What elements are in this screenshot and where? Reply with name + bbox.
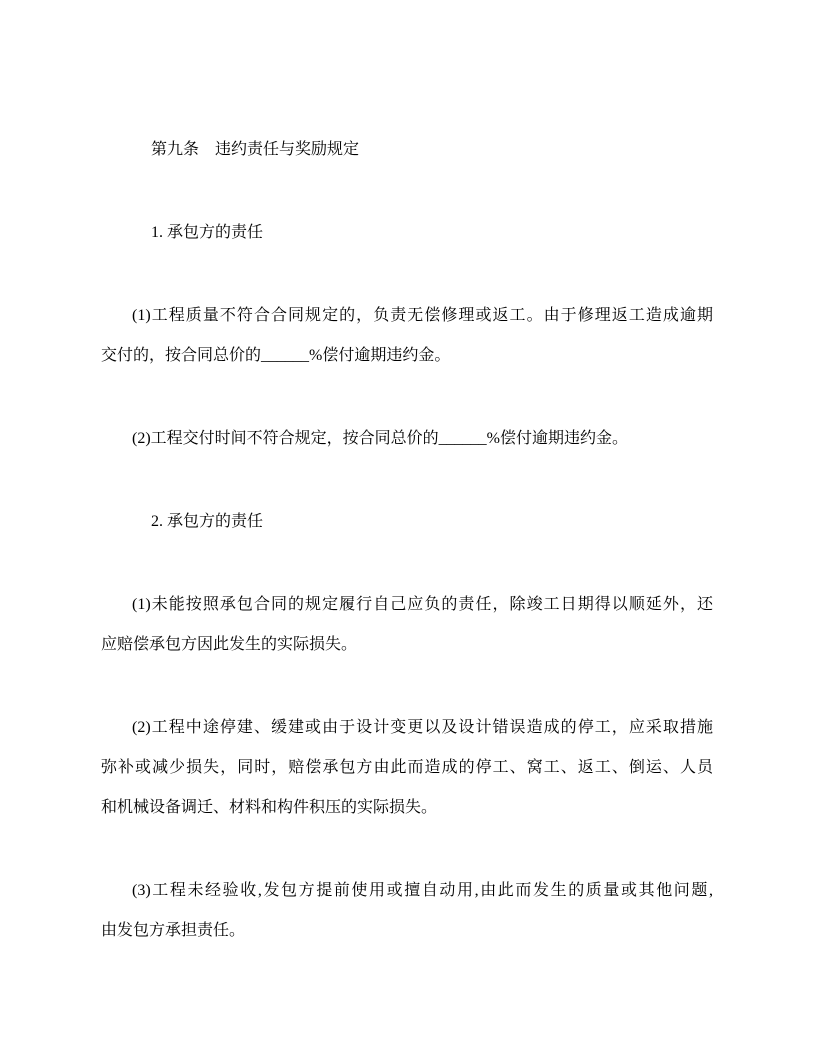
item-2-title: 2. 承包方的责任	[101, 502, 713, 542]
text-line: 应赔偿承包方因此发生的实际损失。	[101, 625, 713, 665]
text-line: 1. 承包方的责任	[101, 213, 713, 253]
clause-1-2: (2)工程交付时间不符合规定，按合同总价的______%偿付逾期违约金。	[101, 419, 713, 459]
text-line: 由发包方承担责任。	[101, 911, 713, 951]
clause-2-1: (1)未能按照承包合同的规定履行自己应负的责任，除竣工日期得以顺延外，还应赔偿承…	[101, 585, 713, 665]
text-line: 和机械设备调迁、材料和构件积压的实际损失。	[101, 788, 713, 828]
text-line: (1)工程质量不符合合同规定的，负责无偿修理或返工。由于修理返工造成逾期	[101, 296, 713, 336]
text-line: 2. 承包方的责任	[101, 502, 713, 542]
article-heading: 第九条 违约责任与奖励规定	[101, 130, 713, 170]
document-page: 第九条 违约责任与奖励规定1. 承包方的责任(1)工程质量不符合合同规定的，负责…	[0, 0, 816, 1056]
clause-1-1: (1)工程质量不符合合同规定的，负责无偿修理或返工。由于修理返工造成逾期交付的，…	[101, 296, 713, 376]
text-line: (1)未能按照承包合同的规定履行自己应负的责任，除竣工日期得以顺延外，还	[101, 585, 713, 625]
clause-2-2: (2)工程中途停建、缓建或由于设计变更以及设计错误造成的停工，应采取措施弥补或减…	[101, 708, 713, 828]
text-line: (2)工程中途停建、缓建或由于设计变更以及设计错误造成的停工，应采取措施	[101, 708, 713, 748]
item-1-title: 1. 承包方的责任	[101, 213, 713, 253]
text-line: 弥补或减少损失，同时，赔偿承包方由此而造成的停工、窝工、返工、倒运、人员	[101, 748, 713, 788]
clause-2-3: (3)工程未经验收,发包方提前使用或擅自动用,由此而发生的质量或其他问题,由发包…	[101, 871, 713, 951]
document-content: 第九条 违约责任与奖励规定1. 承包方的责任(1)工程质量不符合合同规定的，负责…	[101, 130, 713, 994]
text-line: (3)工程未经验收,发包方提前使用或擅自动用,由此而发生的质量或其他问题,	[101, 871, 713, 911]
text-line: 交付的，按合同总价的______%偿付逾期违约金。	[101, 336, 713, 376]
text-line: 第九条 违约责任与奖励规定	[101, 130, 713, 170]
text-line: (2)工程交付时间不符合规定，按合同总价的______%偿付逾期违约金。	[101, 419, 713, 459]
